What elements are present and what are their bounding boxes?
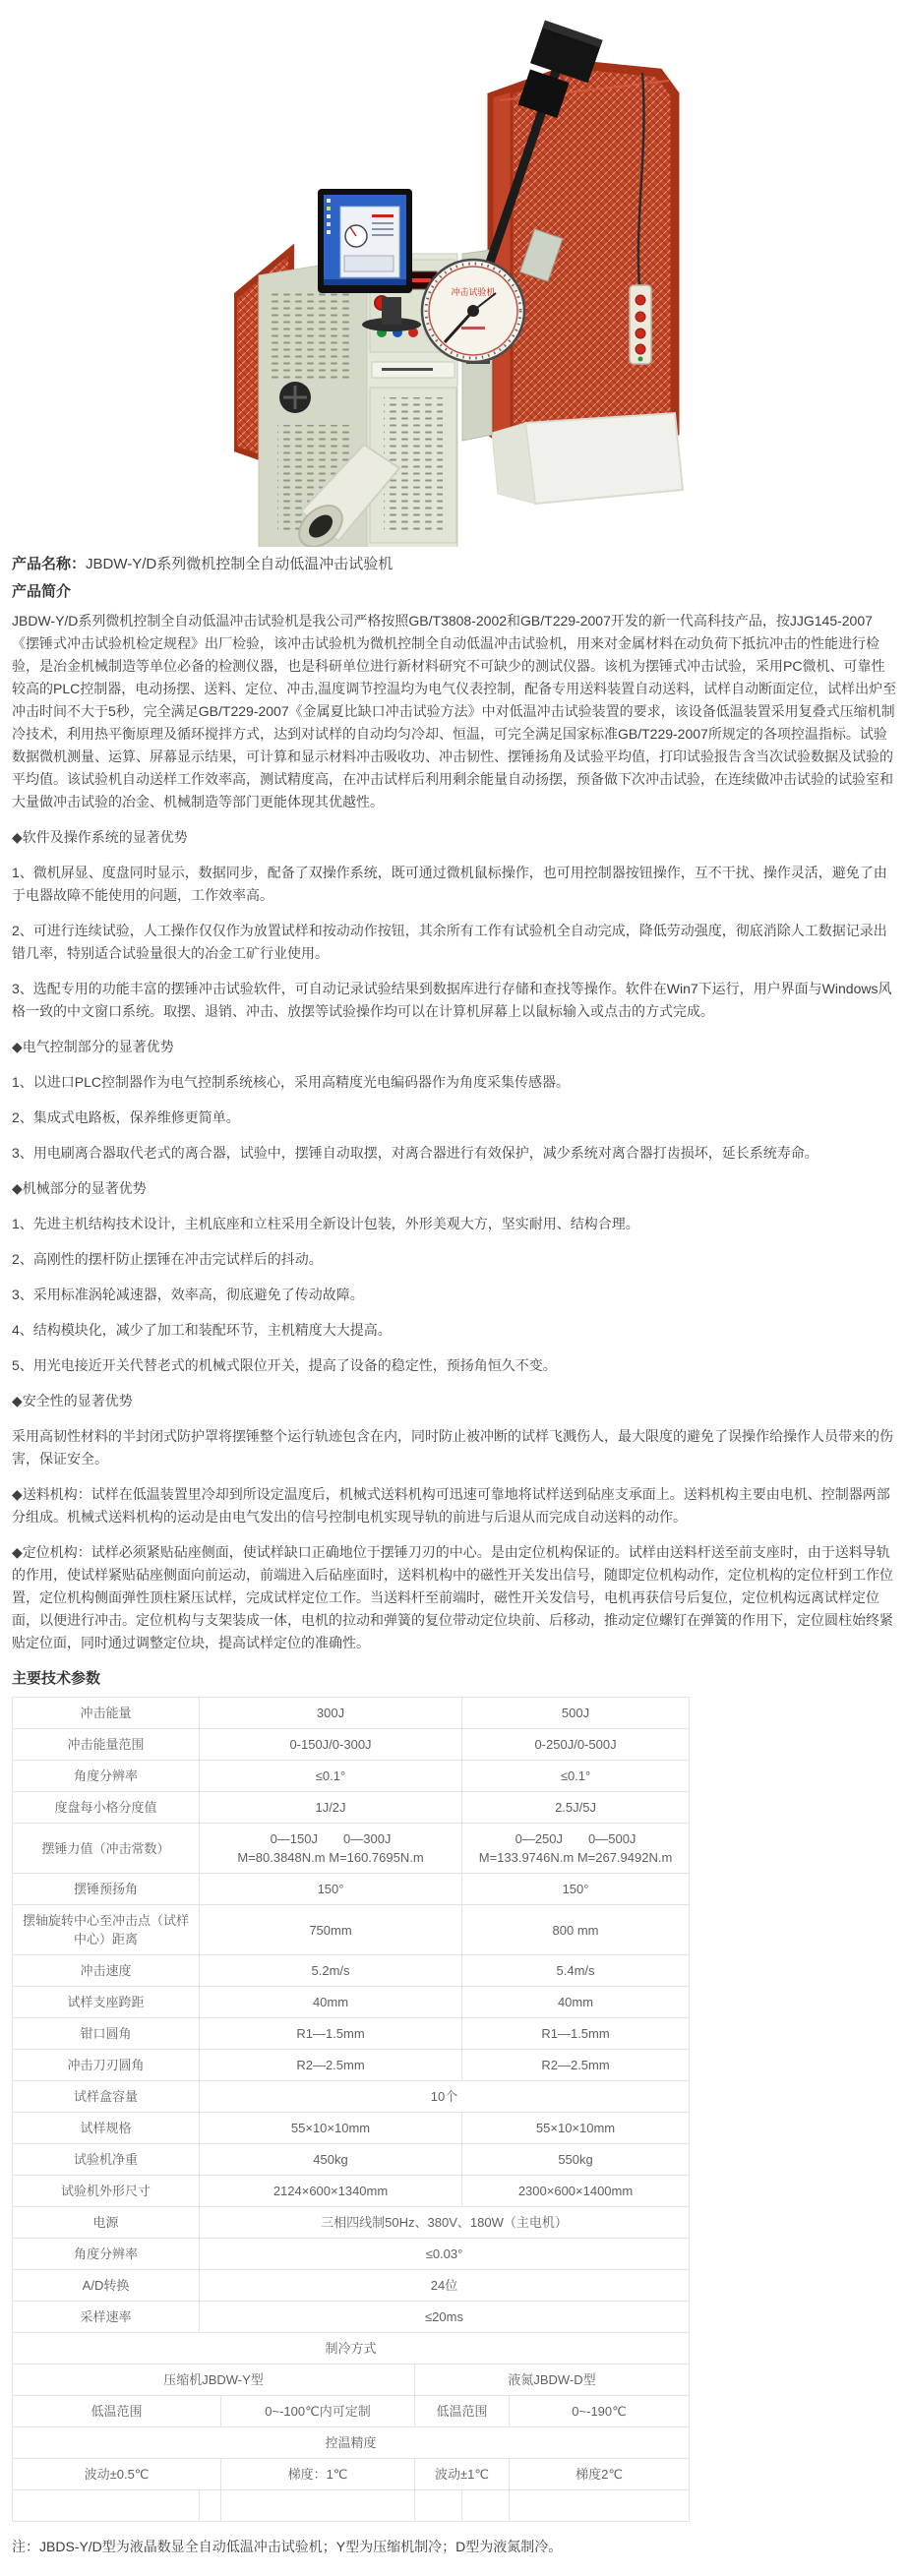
spec-cell: 波动±1℃ — [415, 2459, 510, 2490]
spec-row: A/D转换24位 — [13, 2270, 690, 2302]
spec-cell: ≤0.03° — [200, 2239, 690, 2270]
spec-cell: 冲击速度 — [13, 1955, 200, 1987]
spec-cell: 冲击能量范围 — [13, 1729, 200, 1761]
spec-row: 摆锤力值（冲击常数）0—150J 0—300J M=80.3848N.m M=1… — [13, 1824, 690, 1874]
spec-cell: 控温精度 — [13, 2427, 690, 2459]
product-name-label: 产品名称： — [12, 556, 86, 572]
spec-cell: 摆轴旋转中心至冲击点（试样中心）距离 — [13, 1905, 200, 1955]
spec-cell: 2300×600×1400mm — [462, 2176, 690, 2207]
spec-cell: 40mm — [200, 1987, 462, 2018]
spec-cell: 150° — [462, 1874, 690, 1905]
spec-cell: 0—150J 0—300J M=80.3848N.m M=160.7695N.m — [200, 1824, 462, 1874]
pendant-button-2[interactable] — [636, 312, 645, 322]
dial-gauge: 冲击试验机 — [422, 260, 524, 362]
spec-cell: 试验机外形尺寸 — [13, 2176, 200, 2207]
paragraph: ◆送料机构：试样在低温装置里冷却到所设定温度后，机械式送料机构可迅速可靠地将试样… — [12, 1483, 897, 1528]
spec-row: 冲击速度5.2m/s5.4m/s — [13, 1955, 690, 1987]
product-intro-paragraphs: JBDW-Y/D系列微机控制全自动低温冲击试验机是我公司严格按照GB/T3808… — [12, 610, 897, 1654]
spec-cell: 2124×600×1340mm — [200, 2176, 462, 2207]
spec-row: 冲击能量300J500J — [13, 1698, 690, 1729]
spec-cell: 梯度2℃ — [510, 2459, 690, 2490]
paragraph: 2、可进行连续试验，人工操作仅仅作为放置试样和按动动作按钮，其余所有工作有试验机… — [12, 920, 897, 965]
spec-cell — [415, 2490, 462, 2522]
paragraph: 3、用电刷离合器取代老式的离合器，试验中，摆锤自动取摆，对离合器进行有效保护，减… — [12, 1142, 897, 1165]
spec-cell: 钳口圆角 — [13, 2018, 200, 2050]
spec-cell: 5.2m/s — [200, 1955, 462, 1987]
spec-cell: 压缩机JBDW-Y型 — [13, 2365, 415, 2396]
spec-row: 试验机净重450kg550kg — [13, 2144, 690, 2176]
spec-cell: R2—2.5mm — [462, 2050, 690, 2081]
pendant-button-4[interactable] — [636, 344, 645, 354]
product-name: JBDW-Y/D系列微机控制全自动低温冲击试验机 — [86, 556, 393, 572]
spec-cell: 梯度：1℃ — [221, 2459, 415, 2490]
spec-cell: 550kg — [462, 2144, 690, 2176]
spec-cell: 0—250J 0—500J M=133.9746N.m M=267.9492N.… — [462, 1824, 690, 1874]
spec-table: 冲击能量300J500J冲击能量范围0-150J/0-300J0-250J/0-… — [12, 1697, 690, 2522]
spec-row: 试验机外形尺寸2124×600×1340mm2300×600×1400mm — [13, 2176, 690, 2207]
spec-cell: A/D转换 — [13, 2270, 200, 2302]
paragraph: ◆软件及操作系统的显著优势 — [12, 826, 897, 849]
spec-row: 波动±0.5℃梯度：1℃波动±1℃梯度2℃ — [13, 2459, 690, 2490]
spec-table-body: 冲击能量300J500J冲击能量范围0-150J/0-300J0-250J/0-… — [13, 1698, 690, 2522]
spec-row: 试样规格55×10×10mm55×10×10mm — [13, 2113, 690, 2144]
spec-cell: 度盘每小格分度值 — [13, 1792, 200, 1824]
spec-cell: 冲击能量 — [13, 1698, 200, 1729]
product-photo: 冲击试验机 — [0, 0, 909, 547]
spec-cell: 55×10×10mm — [200, 2113, 462, 2144]
paragraph: 2、高刚性的摆杆防止摆锤在冲击完试样后的抖动。 — [12, 1248, 897, 1271]
paragraph: 3、选配专用的功能丰富的摆锤冲击试验软件，可自动记录试验结果到数据库进行存储和查… — [12, 978, 897, 1023]
spec-row: 低温范围0~-100℃内可定制低温范围0~-190℃ — [13, 2396, 690, 2427]
spec-cell: 150° — [200, 1874, 462, 1905]
spec-cell: R1—1.5mm — [200, 2018, 462, 2050]
product-page: 冲击试验机 产品名称：JBDW-Y/D系列微机控制全自动低温冲击试验机 — [0, 0, 909, 2558]
pendant-button-3[interactable] — [636, 329, 645, 338]
machine-base — [492, 413, 683, 504]
spec-cell: 300J — [200, 1698, 462, 1729]
spec-cell: 0-250J/0-500J — [462, 1729, 690, 1761]
paragraph: ◆机械部分的显著优势 — [12, 1177, 897, 1200]
impact-tester-illustration: 冲击试验机 — [234, 2, 697, 547]
spec-cell: 55×10×10mm — [462, 2113, 690, 2144]
spec-cell: 液氮JBDW-D型 — [415, 2365, 690, 2396]
spec-row: 摆锤预扬角150°150° — [13, 1874, 690, 1905]
spec-cell — [510, 2490, 690, 2522]
pendant-indicator — [638, 357, 643, 362]
spec-row: 控温精度 — [13, 2427, 690, 2459]
spec-cell: 450kg — [200, 2144, 462, 2176]
spec-cell: 摆锤力值（冲击常数） — [13, 1824, 200, 1874]
spec-cell: 波动±0.5℃ — [13, 2459, 221, 2490]
spec-row: 电源三相四线制50Hz、380V、180W（主电机） — [13, 2207, 690, 2239]
spec-row: 摆轴旋转中心至冲击点（试样中心）距离750mm800 mm — [13, 1905, 690, 1955]
spec-cell: R2—2.5mm — [200, 2050, 462, 2081]
paragraph: 1、微机屏显、度盘同时显示，数据同步，配备了双操作系统，既可通过微机鼠标操作，也… — [12, 862, 897, 907]
spec-cell: 800 mm — [462, 1905, 690, 1955]
spec-cell: 低温范围 — [415, 2396, 510, 2427]
spec-cell: ≤0.1° — [462, 1761, 690, 1792]
spec-cell — [221, 2490, 415, 2522]
spec-row: 冲击刀刃圆角R2—2.5mmR2—2.5mm — [13, 2050, 690, 2081]
spec-cell: 试样规格 — [13, 2113, 200, 2144]
spec-cell: 摆锤预扬角 — [13, 1874, 200, 1905]
spec-cell: 试验机净重 — [13, 2144, 200, 2176]
spec-cell: 24位 — [200, 2270, 690, 2302]
spec-row: 试样支座跨距40mm40mm — [13, 1987, 690, 2018]
spec-row: 度盘每小格分度值1J/2J2.5J/5J — [13, 1792, 690, 1824]
spec-cell: 40mm — [462, 1987, 690, 2018]
spec-cell — [200, 2490, 221, 2522]
spec-cell: 角度分辨率 — [13, 1761, 200, 1792]
spec-cell: 冲击刀刃圆角 — [13, 2050, 200, 2081]
paragraph: JBDW-Y/D系列微机控制全自动低温冲击试验机是我公司严格按照GB/T3808… — [12, 610, 897, 813]
spec-cell: 10个 — [200, 2081, 690, 2113]
spec-row: 角度分辨率≤0.03° — [13, 2239, 690, 2270]
spec-cell: ≤20ms — [200, 2302, 690, 2333]
dial-text: 冲击试验机 — [451, 286, 495, 297]
spec-row — [13, 2490, 690, 2522]
spec-cell: 2.5J/5J — [462, 1792, 690, 1824]
paragraph: 1、先进主机结构技术设计，主机底座和立柱采用全新设计包装，外形美观大方，坚实耐用… — [12, 1213, 897, 1235]
spec-row: 采样速率≤20ms — [13, 2302, 690, 2333]
spec-cell: ≤0.1° — [200, 1761, 462, 1792]
paragraph: ◆安全性的显著优势 — [12, 1390, 897, 1412]
intro-heading: 产品简介 — [12, 580, 897, 604]
spec-cell — [462, 2490, 510, 2522]
spec-cell: 三相四线制50Hz、380V、180W（主电机） — [200, 2207, 690, 2239]
spec-cell: 0~-190℃ — [510, 2396, 690, 2427]
spec-row: 钳口圆角R1—1.5mmR1—1.5mm — [13, 2018, 690, 2050]
paragraph: 4、结构模块化，减少了加工和装配环节，主机精度大大提高。 — [12, 1319, 897, 1342]
spec-cell: 低温范围 — [13, 2396, 221, 2427]
spec-cell — [13, 2490, 200, 2522]
paragraph: 5、用光电接近开关代替老式的机械式限位开关，提高了设备的稳定性，预扬角恒久不变。 — [12, 1354, 897, 1377]
paragraph: ◆电气控制部分的显著优势 — [12, 1036, 897, 1058]
product-content: 产品名称：JBDW-Y/D系列微机控制全自动低温冲击试验机 产品简介 JBDW-… — [0, 553, 909, 2558]
paragraph: 3、采用标准涡轮减速器，效率高，彻底避免了传动故障。 — [12, 1284, 897, 1306]
specs-heading: 主要技术参数 — [12, 1667, 897, 1691]
paragraph: 2、集成式电路板，保养维修更简单。 — [12, 1107, 897, 1129]
footnote: 注：JBDS-Y/D型为液晶数显全自动低温冲击试验机；Y型为压缩机制冷；D型为液… — [12, 2536, 897, 2558]
spec-cell: 试样支座跨距 — [13, 1987, 200, 2018]
paragraph: 1、以进口PLC控制器作为电气控制系统核心，采用高精度光电编码器作为角度采集传感… — [12, 1071, 897, 1094]
spec-row: 制冷方式 — [13, 2333, 690, 2365]
spec-cell: 角度分辨率 — [13, 2239, 200, 2270]
spec-cell: 5.4m/s — [462, 1955, 690, 1987]
spec-cell: 500J — [462, 1698, 690, 1729]
spec-row: 冲击能量范围0-150J/0-300J0-250J/0-500J — [13, 1729, 690, 1761]
paragraph: ◆定位机构：试样必须紧贴砧座侧面，使试样缺口正确地位于摆锤刀刃的中心。是由定位机… — [12, 1541, 897, 1654]
spec-cell: 0-150J/0-300J — [200, 1729, 462, 1761]
spec-cell: 750mm — [200, 1905, 462, 1955]
product-name-line: 产品名称：JBDW-Y/D系列微机控制全自动低温冲击试验机 — [12, 553, 897, 576]
spec-cell: 试样盒容量 — [13, 2081, 200, 2113]
spec-row: 压缩机JBDW-Y型液氮JBDW-D型 — [13, 2365, 690, 2396]
spec-cell: R1—1.5mm — [462, 2018, 690, 2050]
spec-cell: 制冷方式 — [13, 2333, 690, 2365]
spec-cell: 电源 — [13, 2207, 200, 2239]
spec-cell: 0~-100℃内可定制 — [221, 2396, 415, 2427]
paragraph: 采用高韧性材料的半封闭式防护罩将摆锤整个运行轨迹包含在内，同时防止被冲断的试样飞… — [12, 1425, 897, 1470]
spec-cell: 1J/2J — [200, 1792, 462, 1824]
spec-cell: 采样速率 — [13, 2302, 200, 2333]
spec-row: 角度分辨率≤0.1°≤0.1° — [13, 1761, 690, 1792]
pendant-button-1[interactable] — [636, 295, 645, 305]
spec-row: 试样盒容量10个 — [13, 2081, 690, 2113]
